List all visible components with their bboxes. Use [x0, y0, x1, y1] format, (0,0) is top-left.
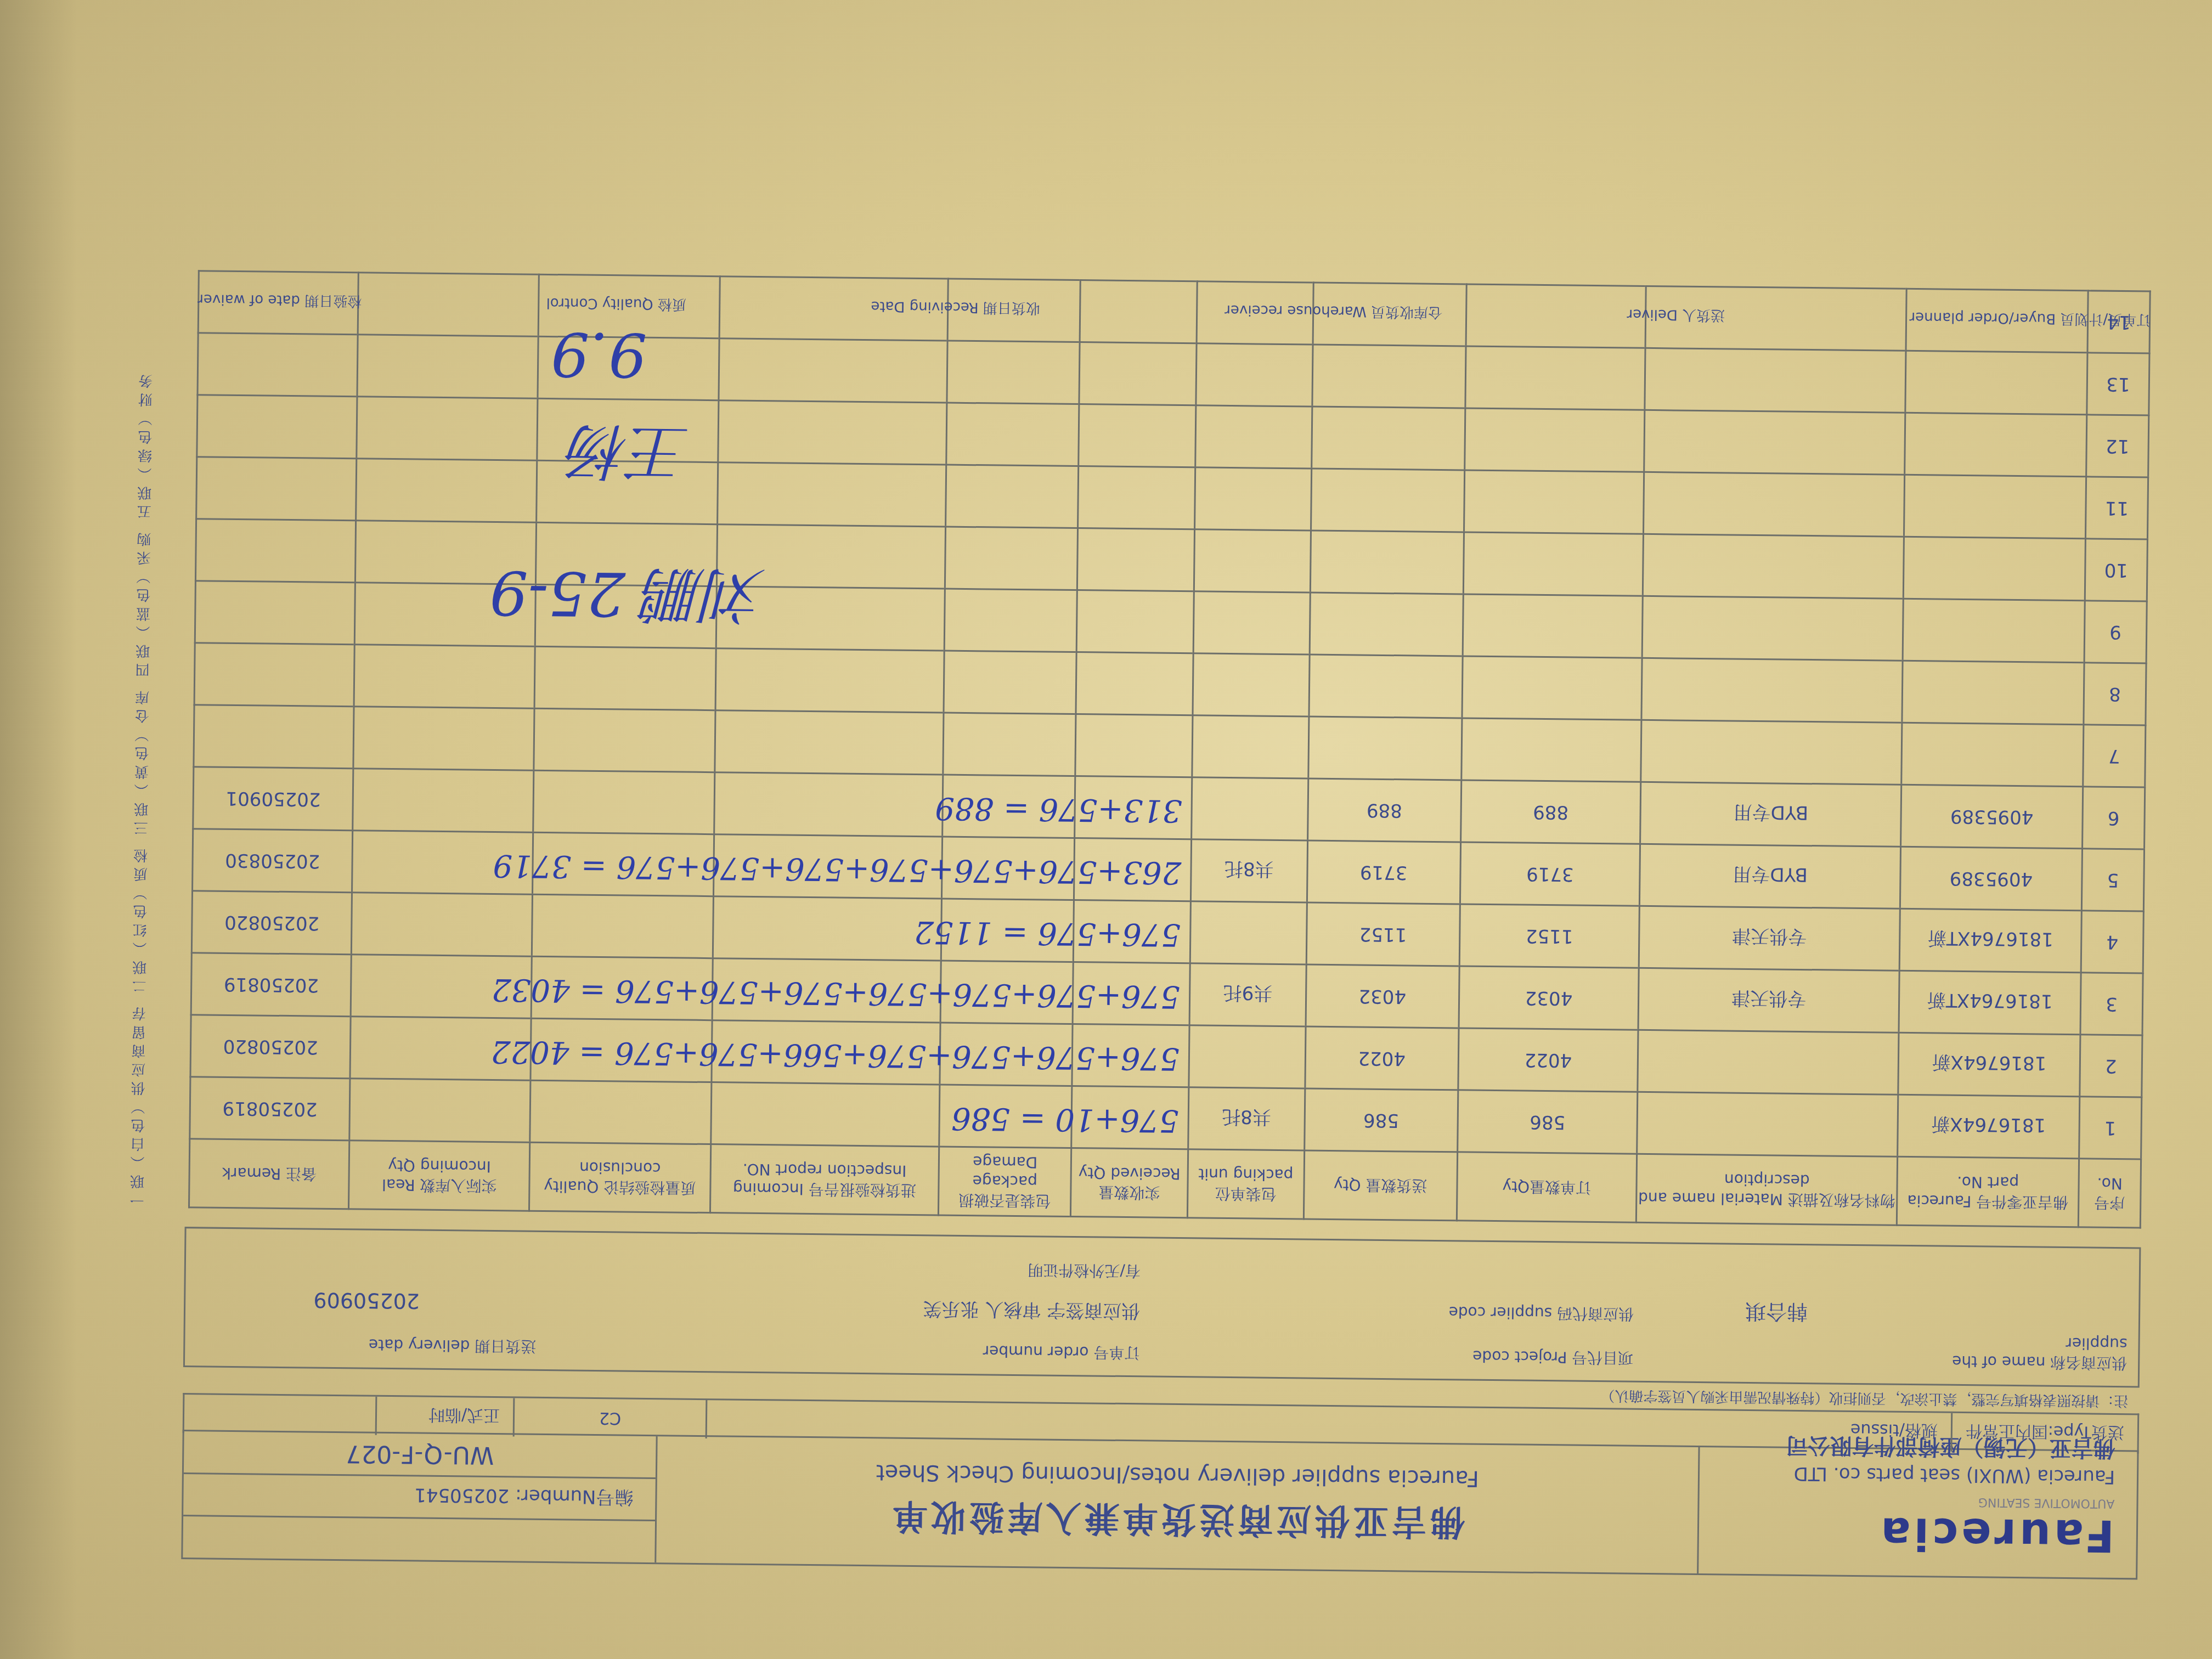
- cell-order-qty: [1464, 408, 1645, 472]
- signer-name: 张乐笑: [923, 1297, 979, 1320]
- form-code: WU-Q-F-027: [184, 1431, 656, 1477]
- cell-damage: [945, 527, 1078, 590]
- cell-no: 2: [2080, 1035, 2142, 1097]
- title-en: Faurecia supplier delivery notes/Incomin…: [876, 1459, 1479, 1491]
- cell-real: [354, 645, 535, 708]
- cell-quality: [531, 1018, 712, 1082]
- type-cell-code: C2: [513, 1398, 706, 1438]
- cell-delivery-qty: [1311, 407, 1465, 470]
- col-remark: 备注 Remark: [189, 1139, 349, 1209]
- cell-delivery-qty: [1309, 654, 1463, 718]
- cell-damage: [940, 1023, 1073, 1086]
- copy-distribution-note: 一联（白色）供应商留存 二联（红色）质检 三联（黄色）仓库 四联（蓝色）采购 五…: [128, 275, 165, 1207]
- table-body: 11816764X新586586共8托576+10 = 586202508192…: [190, 271, 2150, 1159]
- cell-delivery-qty: 4032: [1306, 964, 1459, 1028]
- supplier-info: 供应商名称 name of the supplier 韩合琪 项目代号 Proj…: [183, 1227, 2141, 1387]
- cell-no: 9: [2084, 601, 2147, 663]
- cell-part: [1902, 661, 2084, 724]
- cell-calc: 313+576 = 889: [1075, 776, 1192, 839]
- cell-damage: [943, 775, 1075, 838]
- cell-report: [713, 834, 943, 899]
- cell-report: [717, 462, 946, 527]
- cell-quality: [533, 832, 714, 896]
- cell-delivery-qty: [1310, 531, 1464, 594]
- cell-real: [353, 707, 534, 770]
- cell-real: [357, 335, 538, 398]
- cell-real: [353, 769, 534, 832]
- cell-remark: 20250820: [191, 891, 352, 955]
- cell-unit: 共8托: [1190, 839, 1307, 902]
- cell-order-qty: [1463, 594, 1643, 658]
- cell-quality: [534, 646, 716, 710]
- col-no: 序号 No.: [2078, 1159, 2141, 1228]
- cell-calc: [1079, 342, 1197, 405]
- cell-no: 1: [2079, 1097, 2142, 1159]
- cell-part: 4095389: [1900, 847, 2083, 910]
- label-quality-control: 质检 Quality Control: [546, 293, 686, 314]
- cell-desc: [1645, 348, 1906, 413]
- label-warehouse: 仓库收货员 Warehouse receiver: [1224, 300, 1442, 321]
- cell-quality: [530, 1080, 712, 1144]
- cell-desc: [1638, 1030, 1899, 1094]
- order-number-label: 订单号 order number: [558, 1336, 1139, 1364]
- cell-order-qty: 1152: [1459, 904, 1640, 968]
- company-block: Faurecia AUTOMOTIVE SEATING Faurecia (WU…: [1697, 1447, 2137, 1578]
- cell-part: [1904, 475, 2086, 538]
- form-number: 编号Number: 20250541: [183, 1472, 656, 1520]
- cell-order-qty: 4022: [1458, 1028, 1639, 1092]
- cell-report: [710, 1082, 940, 1147]
- cell-desc: 专供天津: [1638, 968, 1899, 1032]
- cell-unit: [1190, 901, 1307, 964]
- cell-part: [1903, 599, 2085, 662]
- cell-desc: BYD专用: [1640, 782, 1901, 847]
- cell-no: 10: [2085, 539, 2147, 601]
- supplier-name: 韩合琪: [1644, 1244, 1909, 1384]
- col-package-damage: 包装是否破损 package Damage: [939, 1147, 1072, 1217]
- cell-order-qty: [1464, 470, 1644, 534]
- col-order-qty: 订单数量Qty: [1457, 1152, 1637, 1222]
- meta-blank: [183, 1515, 655, 1562]
- cell-part: 1816764X新: [1898, 1094, 2080, 1158]
- cell-damage: [939, 1085, 1072, 1148]
- cell-calc: [1075, 714, 1193, 777]
- label-inspection-date: 检验日期 date of waiver: [198, 289, 362, 310]
- cell-part: [1905, 413, 2087, 476]
- cell-unit: [1189, 1025, 1306, 1088]
- cell-remark: [195, 519, 356, 583]
- cell-report: [712, 958, 941, 1023]
- col-quality-conclusion: 质量检验结论 Quality conclusion: [529, 1142, 711, 1212]
- cell-quality: [531, 956, 713, 1020]
- cell-unit: [1195, 405, 1312, 469]
- cell-unit: [1192, 715, 1309, 778]
- cell-real: [352, 831, 533, 894]
- cell-real: [356, 459, 537, 522]
- items-table: 序号 No. 佛吉亚零件号 Faurecia part No. 物料名称及描述 …: [188, 270, 2151, 1228]
- cell-no: 5: [2081, 849, 2144, 911]
- form-title: 佛吉亚供应商送货单兼入库验收单 Faurecia supplier delive…: [654, 1436, 1698, 1573]
- supplier-code-label: 供应商代码 supplier code: [1162, 1299, 1634, 1326]
- delivery-date-block: 送货日期 delivery date 20250909: [185, 1228, 549, 1369]
- signer-line: 供应商签字 审核人 张乐笑: [558, 1293, 1140, 1326]
- cell-order-qty: [1463, 532, 1644, 596]
- cell-unit: [1193, 591, 1310, 654]
- cell-unit: [1196, 343, 1313, 407]
- handwritten-check-date: 9.9: [551, 319, 647, 390]
- cell-no: 4: [2081, 911, 2143, 973]
- delivery-check-sheet: Faurecia AUTOMOTIVE SEATING Faurecia (WU…: [75, 77, 2175, 1613]
- cell-report: [715, 648, 945, 713]
- cell-calc: 576+576+576+576+566+576+576 = 4022: [1072, 1024, 1189, 1087]
- cell-damage: [942, 837, 1075, 900]
- cell-real: [351, 955, 532, 1018]
- order-block: 订单号 order number 供应商签字 审核人 张乐笑 有/无外检件证明: [547, 1232, 1152, 1376]
- cell-report: [718, 400, 947, 465]
- form-meta: 编号Number: 20250541 WU-Q-F-027: [183, 1431, 656, 1562]
- cell-delivery-qty: 586: [1304, 1088, 1458, 1152]
- cell-report: [715, 710, 944, 775]
- cell-remark: [196, 457, 357, 521]
- cell-report: [719, 338, 948, 403]
- signer-label: 供应商签字 审核人: [985, 1298, 1140, 1322]
- cell-report: [712, 1020, 941, 1085]
- cell-part: 1816764XT新: [1899, 970, 2081, 1034]
- company-name-en: Faurecia (WUXI) seat parts co. LTD: [1722, 1462, 2115, 1488]
- cell-calc: 263+576+576+576+576+576+576 = 3719: [1074, 838, 1192, 901]
- cell-delivery-qty: 3719: [1307, 840, 1460, 904]
- cell-remark: 20250820: [190, 1015, 351, 1079]
- handwritten-signature-name: 王杨: [569, 412, 691, 500]
- label-deliver: 送货人 Deliver: [1627, 304, 1725, 324]
- cell-delivery-qty: 889: [1307, 778, 1461, 842]
- cell-part: 1816764XT新: [1899, 909, 2081, 972]
- cell-no: 13: [2087, 353, 2149, 415]
- cell-quality: [532, 894, 714, 958]
- cell-desc: [1641, 720, 1902, 785]
- delivery-date: 20250909: [196, 1286, 537, 1314]
- cell-damage: [944, 589, 1077, 652]
- cell-calc: [1077, 528, 1195, 591]
- cell-delivery-qty: [1311, 469, 1464, 532]
- cell-report: [713, 896, 942, 961]
- col-part-no: 佛吉亚零件号 Faurecia part No.: [1897, 1156, 2079, 1227]
- cell-no: 7: [2083, 725, 2146, 787]
- cell-calc: [1078, 466, 1195, 529]
- cell-delivery-qty: 4022: [1305, 1026, 1459, 1090]
- cell-no: 3: [2080, 973, 2143, 1035]
- cell-desc: BYD专用: [1640, 844, 1901, 909]
- cell-part: [1905, 351, 2087, 414]
- col-material: 物料名称及描述 Material name and description: [1637, 1154, 1898, 1225]
- cell-remark: 20250901: [193, 767, 354, 831]
- delivery-date-label: 送货日期 delivery date: [196, 1333, 536, 1358]
- project-code-label: 项目代号 Project code 供应商代码 supplier code: [1150, 1239, 1646, 1381]
- cell-report: [714, 772, 943, 837]
- table-shadow: [0, 0, 77, 1659]
- cell-remark: 20250830: [193, 829, 353, 893]
- cell-order-qty: 4032: [1459, 966, 1639, 1030]
- cell-calc: 576+576+576+576+576+576+576 = 4032: [1073, 962, 1190, 1025]
- cell-delivery-qty: [1308, 716, 1462, 780]
- cell-remark: [194, 643, 355, 707]
- project-code-text: 项目代号 Project code: [1161, 1343, 1633, 1370]
- col-packing-unit: 包装单位 packing unit: [1187, 1149, 1304, 1219]
- cell-part: 1816764X新: [1898, 1032, 2080, 1096]
- cell-delivery-qty: 1152: [1306, 902, 1460, 966]
- col-real-incoming: 实际入库数 Real Incoming Qty: [349, 1141, 530, 1211]
- label-buyer: 订单员/计划员 Buyer/Order planner: [1909, 307, 2151, 329]
- faurecia-logo: Faurecia: [1720, 1506, 2114, 1561]
- cell-damage: [946, 465, 1079, 528]
- col-received-qty: 实收数量 Received Qty: [1071, 1148, 1188, 1218]
- cell-order-qty: 889: [1460, 780, 1641, 844]
- photo-background: Faurecia AUTOMOTIVE SEATING Faurecia (WU…: [0, 0, 2212, 1659]
- type-cell-blank: [184, 1395, 376, 1435]
- type-cell-status: 正式/临时: [375, 1397, 513, 1437]
- cell-order-qty: [1462, 656, 1643, 720]
- col-delivery-qty: 送货数量 Qty: [1304, 1150, 1457, 1221]
- cell-delivery-qty: [1310, 592, 1463, 656]
- cell-real: [352, 893, 533, 956]
- cell-part: [1903, 537, 2085, 600]
- cell-no: 12: [2086, 415, 2149, 477]
- cell-no: 6: [2082, 787, 2145, 849]
- cell-quality: [534, 708, 715, 772]
- cell-desc: [1644, 472, 1905, 537]
- cell-damage: [944, 651, 1076, 714]
- title-cn: 佛吉亚供应商送货单兼入库验收单: [889, 1494, 1465, 1550]
- cell-desc: [1637, 1092, 1898, 1156]
- cell-order-qty: 586: [1457, 1090, 1638, 1154]
- cell-calc: [1079, 404, 1196, 467]
- cell-part: 4095389: [1901, 785, 2083, 848]
- cell-calc: [1077, 590, 1194, 653]
- col-inspection-report: 进货检验报告号 Incoming Inspection report NO.: [710, 1144, 939, 1215]
- cell-real: [357, 397, 538, 460]
- cell-delivery-qty: [1312, 345, 1466, 408]
- cell-unit: [1191, 777, 1308, 840]
- cell-desc: [1644, 410, 1905, 475]
- cell-quality: [533, 770, 715, 834]
- cell-desc: [1641, 658, 1903, 723]
- cell-part: [1901, 723, 2084, 786]
- cell-remark: [197, 395, 358, 459]
- external-proof-label: 有/无外检件证明: [559, 1255, 1141, 1283]
- label-receiving-date: 收货日期 Receiving Date: [871, 296, 1040, 317]
- cell-damage: [940, 961, 1073, 1024]
- cell-unit: [1194, 467, 1311, 531]
- cell-real: [349, 1079, 531, 1142]
- cell-damage: [947, 341, 1080, 404]
- delivery-type: 送货Type:国内正常件: [1950, 1413, 2137, 1454]
- handwritten-signature-date: 刘鹏 25-9: [489, 554, 766, 644]
- cell-order-qty: 3719: [1460, 842, 1640, 906]
- cell-desc: 专供天津: [1639, 906, 1900, 970]
- cell-remark: 20250819: [190, 1077, 351, 1141]
- cell-no: 8: [2084, 663, 2146, 725]
- cell-unit: [1193, 653, 1310, 716]
- cell-unit: [1194, 529, 1311, 592]
- supplier-name-label: 供应商名称 name of the supplier: [1908, 1246, 2140, 1386]
- cell-damage: [941, 899, 1074, 962]
- form-header: Faurecia AUTOMOTIVE SEATING Faurecia (WU…: [181, 1430, 2138, 1579]
- cell-remark: [195, 581, 356, 645]
- cell-desc: [1642, 596, 1903, 661]
- cell-calc: 576+576 = 1152: [1074, 900, 1191, 963]
- cell-damage: [946, 403, 1079, 466]
- cell-no: 11: [2085, 477, 2148, 539]
- cell-calc: [1076, 652, 1193, 715]
- cell-remark: [198, 333, 358, 397]
- cell-order-qty: [1465, 346, 1646, 410]
- cell-remark: 20250819: [191, 953, 352, 1017]
- cell-order-qty: [1461, 718, 1641, 782]
- cell-damage: [943, 713, 1076, 776]
- cell-real: [350, 1017, 531, 1080]
- cell-calc: 576+10 = 586: [1071, 1086, 1189, 1149]
- cell-unit: 共8托: [1188, 1087, 1305, 1150]
- cell-unit: 共9托: [1189, 963, 1306, 1026]
- cell-desc: [1643, 534, 1904, 599]
- cell-remark: [194, 705, 354, 769]
